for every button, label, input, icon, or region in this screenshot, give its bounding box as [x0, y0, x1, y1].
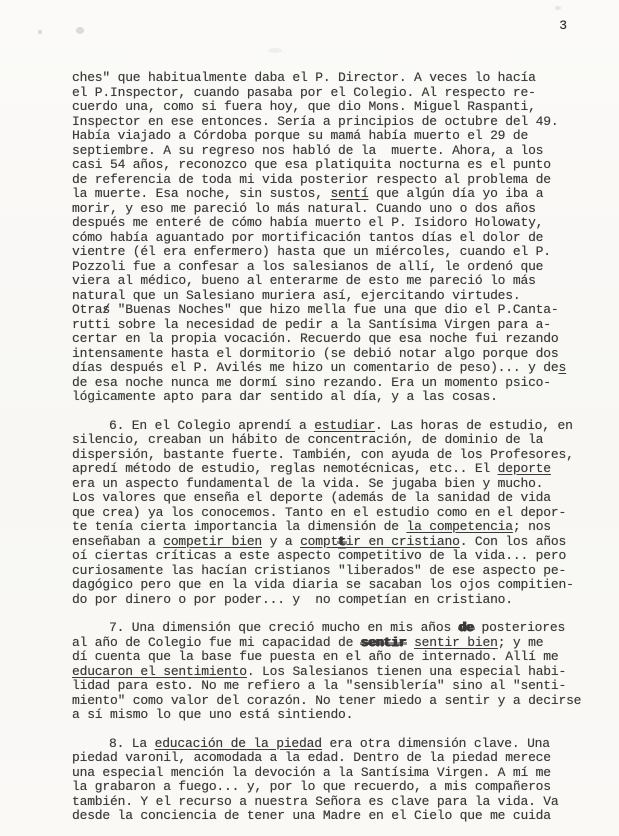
text-line: lidad para esto. No me refiero a la "sen… — [72, 679, 573, 694]
text-line: de referencia de toda mi vida posterior … — [72, 173, 573, 188]
text-line: te tenía cierta importancia la dimensión… — [72, 520, 573, 535]
text-segment: 6. En el Colegio aprendí a — [109, 418, 314, 433]
text-segment: apredí método de estudio, reglas nemotéc… — [72, 461, 498, 476]
text-line: enseñaban a competir bien y a compttir e… — [72, 535, 573, 550]
text-line: ches" que habitualmente daba el P. Direc… — [72, 71, 573, 86]
text-segment: días después el P. Avilés me hizo un com… — [72, 360, 558, 375]
text-segment: natural que un Salesiano muriera así, ej… — [72, 288, 520, 303]
text-line: días después el P. Avilés me hizo un com… — [72, 361, 573, 376]
text-line: después me enteré de cómo había muerto e… — [72, 216, 573, 231]
underlined-text: sentir bien — [414, 635, 498, 650]
paragraph: ches" que habitualmente daba el P. Direc… — [72, 71, 573, 405]
text-segment: silencio, creaban un hábito de concentra… — [72, 432, 543, 447]
text-segment: al año de Colegio fue mi capacidad de — [72, 635, 361, 650]
text-segment: rutti sobre la necesidad de pedir a la S… — [72, 317, 551, 332]
text-segment: la grabaron a fuego... y, por lo que rec… — [72, 779, 551, 794]
text-line: una especial mención la devoción a la Sa… — [72, 766, 573, 781]
text-segment: de esa noche nunca me dormí sino rezando… — [72, 375, 551, 390]
text-segment: de referencia de toda mi vida posterior … — [72, 172, 551, 187]
text-segment: posteriores — [474, 620, 565, 635]
text-line: lógicamente apto para dar sentido al día… — [72, 390, 573, 405]
text-segment: morir, y eso me pareció lo más natural. … — [72, 201, 536, 216]
underlined-text: ir en cristiano — [346, 534, 460, 549]
text-segment: ; nos — [513, 519, 551, 534]
text-segment: 7. Una dimensión que creció mucho en mis… — [109, 620, 459, 635]
text-line: silencio, creaban un hábito de concentra… — [72, 433, 573, 448]
text-segment: certar en la propia vocación. Recuerdo q… — [72, 331, 558, 346]
text-line: de esa noche nunca me dormí sino rezando… — [72, 376, 573, 391]
text-line: certar en la propia vocación. Recuerdo q… — [72, 332, 573, 347]
text-line: vientre (él era enfermero) hasta que un … — [72, 245, 573, 260]
underlined-text: sentí — [330, 186, 368, 201]
underlined-text: competir bien — [163, 534, 262, 549]
smudge-mark — [76, 27, 84, 34]
text-line: piedad varonil, acomodada a la edad. Den… — [72, 751, 573, 766]
paragraph: 7. Una dimensión que creció mucho en mis… — [72, 621, 573, 723]
text-segment: lidad para esto. No me refiero a la "sen… — [72, 678, 566, 693]
text-line: septiembre. A su regreso nos habló de la… — [72, 144, 573, 159]
underlined-text: educación de la piedad — [155, 736, 322, 751]
text-segment: dí cuenta que la base fue puesta en el a… — [72, 649, 558, 664]
smudge-mark — [38, 30, 42, 34]
text-line: 7. Una dimensión que creció mucho en mis… — [72, 621, 573, 636]
text-segment: oí ciertas críticas a este aspecto compe… — [72, 548, 566, 563]
text-line: viera al médico, bueno al enterarme de e… — [72, 274, 573, 289]
text-line: natural que un Salesiano muriera así, ej… — [72, 289, 573, 304]
text-segment: intensamente hasta el dormitorio (se deb… — [72, 346, 558, 361]
text-line: educaron el sentimiento. Los Salesianos … — [72, 665, 573, 680]
text-segment: s — [102, 303, 110, 318]
paragraph: 6. En el Colegio aprendí a estudiar. Las… — [72, 419, 573, 608]
underlined-text: la competencia — [406, 519, 512, 534]
text-segment: desde la conciencia de tener una Madre e… — [72, 808, 551, 823]
text-line: desde la conciencia de tener una Madre e… — [72, 809, 573, 824]
text-segment: a sí mismo lo que uno está sintiendo. — [72, 707, 353, 722]
text-segment — [406, 635, 414, 650]
text-segment: una especial mención la devoción a la Sa… — [72, 765, 551, 780]
text-segment: cómo había aguantado por mortificación t… — [72, 230, 543, 245]
text-segment: viera al médico, bueno al enterarme de e… — [72, 273, 536, 288]
text-segment: te tenía cierta importancia la dimensión… — [72, 519, 406, 534]
text-segment: era otra dimensión clave. Una — [322, 736, 550, 751]
text-line: cuerdo una, como si fuera hoy, que dio M… — [72, 100, 573, 115]
text-segment: "Buenas Noches" que hizo mella fue una q… — [110, 302, 558, 317]
text-segment: que crea) ya los conocemos. Tanto en el … — [72, 505, 566, 520]
underlined-text: estudiar — [314, 418, 375, 433]
text-line: que crea) ya los conocemos. Tanto en el … — [72, 506, 573, 521]
text-line: cómo había aguantado por mortificación t… — [72, 231, 573, 246]
page-number: 3 — [559, 18, 567, 33]
text-segment: el P.Inspector, cuando pasaba por el Col… — [72, 85, 536, 100]
text-line: al año de Colegio fue mi capacidad de se… — [72, 636, 573, 651]
text-segment: . Con los años — [460, 534, 566, 549]
text-line: dí cuenta que la base fue puesta en el a… — [72, 650, 573, 665]
text-line: 8. La educación de la piedad era otra di… — [72, 737, 573, 752]
text-segment: ; y me — [498, 635, 544, 650]
text-line: Otras "Buenas Noches" que hizo mella fue… — [72, 303, 573, 318]
smudge-mark — [268, 48, 282, 53]
text-segment: casi 54 años, reconozco que esa platiqui… — [72, 157, 551, 172]
text-segment: septiembre. A su regreso nos habló de la… — [72, 143, 543, 158]
text-segment: . Las horas de estudio, en — [375, 418, 573, 433]
text-segment: era un aspecto fundamental de la vida. S… — [72, 476, 543, 491]
underlined-text: s — [558, 360, 566, 375]
text-segment: . Los Salesianos tienen una especial hab… — [247, 664, 566, 679]
text-line: Inspector en ese entonces. Sería a princ… — [72, 115, 573, 130]
scanned-page: 3 ches" que habitualmente daba el P. Dir… — [0, 0, 619, 836]
text-segment: vientre (él era enfermero) hasta que un … — [72, 244, 551, 259]
text-line: también. Y el recurso a nuestra Señora e… — [72, 795, 573, 810]
text-segment: 8. La — [109, 736, 155, 751]
text-line: Pozzoli fue a confesar a los salesianos … — [72, 260, 573, 275]
text-segment: después me enteré de cómo había muerto e… — [72, 215, 543, 230]
text-line: Había viajado a Córdoba porque su mamá h… — [72, 129, 573, 144]
paragraph: 8. La educación de la piedad era otra di… — [72, 737, 573, 824]
text-line: miento" como valor del corazón. No tener… — [72, 694, 573, 709]
text-segment: Inspector en ese entonces. Sería a princ… — [72, 114, 558, 129]
text-line: do por dinero o por poder... y no compet… — [72, 593, 573, 608]
text-segment: Pozzoli fue a confesar a los salesianos … — [72, 259, 543, 274]
text-line: oí ciertas críticas a este aspecto compe… — [72, 549, 573, 564]
smudge-mark — [555, 6, 561, 10]
text-segment: curiosamente las hacían cristianos "libe… — [72, 563, 566, 578]
text-line: dagógico pero que en la vida diaria se s… — [72, 578, 573, 593]
text-segment: cuerdo una, como si fuera hoy, que dio M… — [72, 99, 536, 114]
text-segment: Los valores que enseña el deporte (ademá… — [72, 490, 551, 505]
text-line: el P.Inspector, cuando pasaba por el Col… — [72, 86, 573, 101]
text-segment: enseñaban a — [72, 534, 163, 549]
text-segment: la muerte. Esa noche, sin sustos, — [72, 186, 330, 201]
text-segment: lógicamente apto para dar sentido al día… — [72, 389, 498, 404]
overstruck-text: sentir — [361, 636, 407, 651]
text-segment: ches" que habitualmente daba el P. Direc… — [72, 70, 536, 85]
text-line: 6. En el Colegio aprendí a estudiar. Las… — [72, 419, 573, 434]
text-line: curiosamente las hacían cristianos "libe… — [72, 564, 573, 579]
underlined-text: compt — [300, 534, 338, 549]
text-segment: piedad varonil, acomodada a la edad. Den… — [72, 750, 551, 765]
text-line: Los valores que enseña el deporte (ademá… — [72, 491, 573, 506]
underlined-text: educaron el sentimiento — [72, 664, 247, 679]
text-line: la grabaron a fuego... y, por lo que rec… — [72, 780, 573, 795]
overstruck-text: de — [459, 621, 474, 636]
underlined-text: deporte — [498, 461, 551, 476]
text-line: la muerte. Esa noche, sin sustos, sentí … — [72, 187, 573, 202]
text-line: apredí método de estudio, reglas nemotéc… — [72, 462, 573, 477]
text-segment: do por dinero o por poder... y no compet… — [72, 592, 513, 607]
overstruck-text: t — [338, 535, 346, 550]
text-segment: y a — [262, 534, 300, 549]
text-line: era un aspecto fundamental de la vida. S… — [72, 477, 573, 492]
text-line: a sí mismo lo que uno está sintiendo. — [72, 708, 573, 723]
text-segment: que algún día yo iba a — [368, 186, 543, 201]
text-segment: Otra — [72, 302, 102, 317]
text-line: intensamente hasta el dormitorio (se deb… — [72, 347, 573, 362]
text-segment: dispersión, bastante fuerte. También, co… — [72, 447, 574, 462]
text-line: morir, y eso me pareció lo más natural. … — [72, 202, 573, 217]
text-segment: Había viajado a Córdoba porque su mamá h… — [72, 128, 528, 143]
text-line: rutti sobre la necesidad de pedir a la S… — [72, 318, 573, 333]
text-segment: miento" como valor del corazón. No tener… — [72, 693, 581, 708]
text-line: casi 54 años, reconozco que esa platiqui… — [72, 158, 573, 173]
text-line: dispersión, bastante fuerte. También, co… — [72, 448, 573, 463]
document-body: ches" que habitualmente daba el P. Direc… — [72, 71, 573, 824]
text-segment: también. Y el recurso a nuestra Señora e… — [72, 794, 558, 809]
text-segment: dagógico pero que en la vida diaria se s… — [72, 577, 574, 592]
